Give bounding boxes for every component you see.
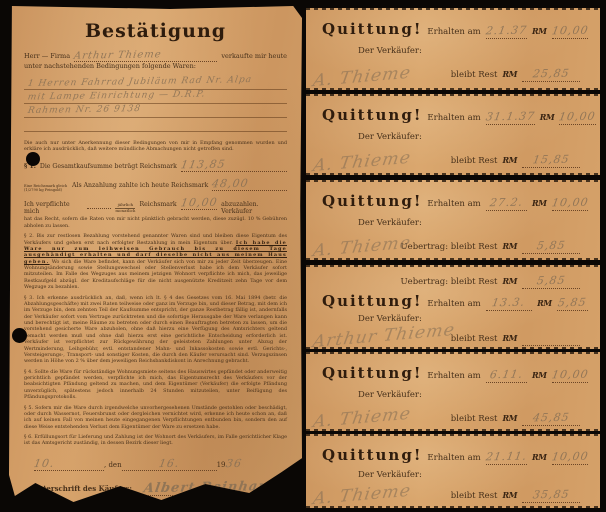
received-label: Erhalten am <box>427 113 480 123</box>
section-5-paragraph: § 5. Sofern mir die Ware durch irgendwel… <box>24 405 287 431</box>
downpayment-handwriting: 48,00 <box>211 176 250 190</box>
goods-list: 1 Herren Fahrrad Jubiläum Rad Nr. Alpa m… <box>24 76 287 132</box>
received-date-handwriting: 13.3. <box>491 296 526 310</box>
punch-hole-middle <box>12 328 27 343</box>
acknowledgement-paragraph: Die auch nur unter Anerkennung dieser Be… <box>24 140 287 153</box>
section-6-paragraph: § 6. Erfüllungsort für Lieferung und Zah… <box>24 434 287 447</box>
uebertrag-label: Uebertrag: bleibt Rest <box>401 277 498 287</box>
rm-label: RM <box>532 452 547 462</box>
rest-amount-handwriting: 45,85 <box>532 411 571 425</box>
rest-label: bleibt Rest <box>451 334 498 344</box>
rest-amount-handwriting: 5,85 <box>536 239 567 252</box>
section-1-row: § 1. Die Gesamtkaufsumme beträgt Reichsm… <box>24 158 287 172</box>
option-monthly: monatlich <box>115 209 135 214</box>
section-2-rest: Wo sich die Ware befindet, kann der Verk… <box>24 259 287 291</box>
received-label: Erhalten am <box>427 299 480 309</box>
section-3-paragraph: § 3. Ich erkenne ausdrücklich an, daß, w… <box>24 295 287 365</box>
uebertrag-amount-handwriting: 5,85 <box>536 274 567 287</box>
received-amount-handwriting: 5,85 <box>557 296 588 309</box>
rm-label: RM <box>532 26 547 36</box>
intro-line2: unter nachstehenden Bedingungen folgende… <box>24 62 287 70</box>
receipt-slip-2: Quittung! Erhalten am 31.1.37 RM 10,00 D… <box>306 94 600 175</box>
goods-line-2: mit Lampe Einrichtung — D.R.P. <box>27 88 207 103</box>
receipt-title: Quittung! <box>322 446 422 464</box>
seller-label: Der Verkäufer: <box>358 470 588 480</box>
receipt-title: Quittung! <box>322 20 422 38</box>
installment-amount-handwriting: 10,00 <box>180 196 219 210</box>
goldmark-sidenote: Eine Reichsmark gleich (1/2790 kg Feingo… <box>24 184 68 193</box>
installment-post: abzuzahlen. Verkäufer <box>221 201 287 215</box>
date-row: 10. , den 16. 19 36 <box>24 457 287 471</box>
intro-left-label: Herr — Firma <box>24 52 70 60</box>
document-title: Bestätigung <box>24 20 287 42</box>
seller-signature-handwriting: Arthur Thieme <box>311 320 456 352</box>
total-sum-handwriting: 113,85 <box>180 157 227 171</box>
installment-continuation: hat das Recht, sofern die Raten von mir … <box>24 216 287 229</box>
rest-label: bleibt Rest <box>451 414 498 424</box>
rm-label: RM <box>502 241 517 251</box>
seller-label: Der Verkäufer: <box>358 390 588 400</box>
seller-label: Der Verkäufer: <box>358 314 588 324</box>
receipt-slip-5: Quittung! Erhalten am 6.11. RM 10,00 Der… <box>306 352 600 431</box>
downpayment-text: Als Anzahlung zahlte ich heute Reichsmar… <box>72 182 208 189</box>
receipt-slip-1: Quittung! Erhalten am 2.1.37 RM 10,00 De… <box>306 8 600 90</box>
goods-line-4-empty <box>24 118 287 132</box>
rest-amount-handwriting: 15,85 <box>532 153 571 167</box>
buyer-signature-label: Unterschrift des Käufers: <box>32 484 132 493</box>
goods-line-1: 1 Herren Fahrrad Jubiläum Rad Nr. Alpa <box>27 74 253 90</box>
buyer-signature-row: Unterschrift des Käufers: Albert Reinhar… <box>24 480 287 496</box>
received-label: Erhalten am <box>427 453 480 463</box>
received-date-handwriting: 31.1.37 <box>485 110 536 124</box>
section-2-paragraph: § 2. Bis zur restlosen Bezahlung vorsteh… <box>24 233 287 290</box>
rest-label: bleibt Rest <box>451 491 498 501</box>
rm-label: RM <box>502 69 517 79</box>
seller-label: Der Verkäufer: <box>358 218 588 228</box>
day-handwriting: 16. <box>158 457 181 470</box>
confirmation-document: Bestätigung Herr — Firma Arthur Thieme v… <box>9 6 302 505</box>
installment-row: Ich verpflichte mich jährlich monatlich … <box>24 196 287 215</box>
rm-label: RM <box>540 112 555 122</box>
receipt-title: Quittung! <box>322 364 422 382</box>
place-handwriting: 10. <box>33 457 56 470</box>
rm-label: RM <box>502 490 517 500</box>
receipt-title: Quittung! <box>322 292 422 310</box>
rm-label: RM <box>502 333 517 343</box>
uebertrag-rest-label: Uebertrag: bleibt Rest <box>401 242 498 252</box>
section-4-paragraph: § 4. Sollte die Ware für rückständige Wo… <box>24 369 287 401</box>
received-date-handwriting: 27.2. <box>489 196 524 210</box>
rest-label: bleibt Rest <box>451 156 498 166</box>
downpayment-row: Eine Reichsmark gleich (1/2790 kg Feingo… <box>24 177 287 193</box>
year-handwriting: 36 <box>224 457 242 470</box>
received-label: Erhalten am <box>427 27 480 37</box>
received-amount-handwriting: 10,00 <box>558 110 597 124</box>
receipt-slip-3: Quittung! Erhalten am 27.2. RM 10,00 Der… <box>306 180 600 260</box>
punch-hole-top <box>26 152 40 166</box>
installment-pre: Ich verpflichte mich <box>24 201 83 215</box>
receipt-slip-6: Quittung! Erhalten am 21.11. RM 10,00 De… <box>306 434 600 508</box>
received-date-handwriting: 6.11. <box>489 368 524 382</box>
received-date-handwriting: 21.11. <box>485 450 528 464</box>
rm-label: RM <box>532 198 547 208</box>
rest-amount-handwriting: 35,85 <box>532 488 571 502</box>
receipt-title: Quittung! <box>322 192 422 210</box>
den-label: , den <box>104 461 122 469</box>
installment-frequency-options: jährlich monatlich <box>115 203 135 214</box>
intro-block: Herr — Firma Arthur Thieme verkaufte mir… <box>24 50 287 70</box>
seller-name-handwriting: Arthur Thieme <box>73 49 163 62</box>
rm-label: RM <box>532 370 547 380</box>
rm-label: RM <box>537 298 552 308</box>
received-label: Erhalten am <box>427 199 480 209</box>
rm-label: RM <box>502 413 517 423</box>
buyer-signature-handwriting: Albert Reinhardt <box>143 479 285 496</box>
goods-line-3: Rahmen Nr. 26 9138 <box>27 103 142 117</box>
year-printed: 19 <box>217 461 226 469</box>
rest-amount-handwriting: 25,85 <box>532 67 571 81</box>
rm-label: RM <box>502 276 517 286</box>
received-amount-handwriting: 10,00 <box>550 196 589 210</box>
rm-label: RM <box>502 155 517 165</box>
received-label: Erhalten am <box>427 371 480 381</box>
received-amount-handwriting: 10,00 <box>550 24 589 38</box>
intro-right-label: verkaufte mir heute <box>221 52 287 60</box>
seller-label: Der Verkäufer: <box>358 132 588 142</box>
receipt-title: Quittung! <box>322 106 422 124</box>
seller-label: Der Verkäufer: <box>358 46 588 56</box>
section-1-text: Die Gesamtkaufsumme beträgt Reichsmark <box>40 163 177 170</box>
scanned-documents-page: Bestätigung Herr — Firma Arthur Thieme v… <box>0 0 606 512</box>
receipt-slip-4: Uebertrag: bleibt Rest RM 5,85 Quittung!… <box>306 265 600 349</box>
received-amount-handwriting: 10,00 <box>550 368 589 382</box>
received-date-handwriting: 2.1.37 <box>485 24 528 38</box>
received-amount-handwriting: 10,00 <box>550 450 589 464</box>
installment-mid: Reichsmark <box>139 201 176 208</box>
rest-label: bleibt Rest <box>451 70 498 80</box>
